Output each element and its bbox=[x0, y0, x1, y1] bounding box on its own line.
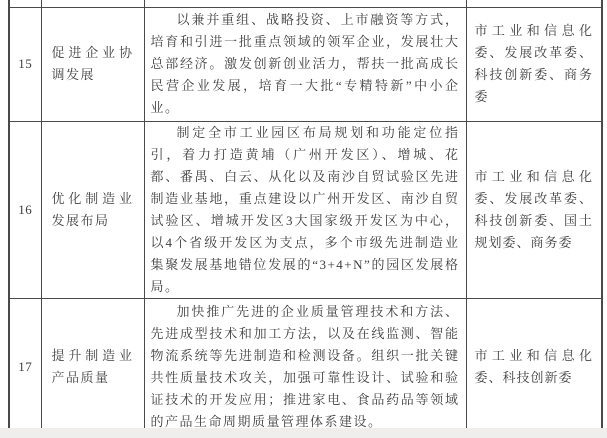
table-row-partial bbox=[9, 0, 602, 7]
departments-cell: 市工业和信息化委、发展改革委、科技创新委、国土规划委、商务委 bbox=[466, 121, 602, 298]
table-row: 16 优化制造业发展布局 制定全市工业园区布局规划和功能定位指引，着力打造黄埔（… bbox=[9, 121, 602, 298]
measures-paragraph: 制定全市工业园区布局规划和功能定位指引，着力打造黄埔（广州开发区）、增城、花都、… bbox=[151, 122, 460, 298]
departments-cell: 市工业和信息化委、发展改革委、科技创新委、商务委 bbox=[466, 7, 602, 121]
row-number-cell: 16 bbox=[9, 121, 41, 298]
task-division-table: 15 促进企业协调发展 以兼并重组、战略投资、上市融资等方式，培育和引进一批重点… bbox=[8, 0, 603, 438]
row-number-cell: 15 bbox=[9, 7, 41, 121]
measures-paragraph: 以兼并重组、战略投资、上市融资等方式，培育和引进一批重点领域的领军企业，发展壮大… bbox=[151, 9, 460, 119]
page-bottom-margin bbox=[0, 428, 607, 438]
table-row: 17 提升制造业产品质量 加快推广先进的企业质量管理技术和方法、先进成型技术和加… bbox=[9, 298, 602, 437]
task-name-cell: 促进企业协调发展 bbox=[41, 7, 144, 121]
measures-cell: 加快推广先进的企业质量管理技术和方法、先进成型技术和加工方法，以及在线监测、智能… bbox=[144, 298, 466, 437]
measures-cell: 制定全市工业园区布局规划和功能定位指引，着力打造黄埔（广州开发区）、增城、花都、… bbox=[144, 121, 466, 298]
task-name-cell: 提升制造业产品质量 bbox=[41, 298, 144, 437]
departments-cell: 市工业和信息化委、科技创新委 bbox=[466, 298, 602, 437]
measures-cell: 以兼并重组、战略投资、上市融资等方式，培育和引进一批重点领域的领军企业，发展壮大… bbox=[144, 7, 466, 121]
empty-cell bbox=[144, 0, 466, 7]
empty-cell bbox=[466, 0, 602, 7]
empty-cell bbox=[41, 0, 144, 7]
task-name-cell: 优化制造业发展布局 bbox=[41, 121, 144, 298]
row-number-cell: 17 bbox=[9, 298, 41, 437]
measures-paragraph: 加快推广先进的企业质量管理技术和方法、先进成型技术和加工方法，以及在线监测、智能… bbox=[151, 301, 460, 433]
document-page: 15 促进企业协调发展 以兼并重组、战略投资、上市融资等方式，培育和引进一批重点… bbox=[0, 0, 607, 438]
table-row: 15 促进企业协调发展 以兼并重组、战略投资、上市融资等方式，培育和引进一批重点… bbox=[9, 7, 602, 121]
empty-cell bbox=[9, 0, 41, 7]
